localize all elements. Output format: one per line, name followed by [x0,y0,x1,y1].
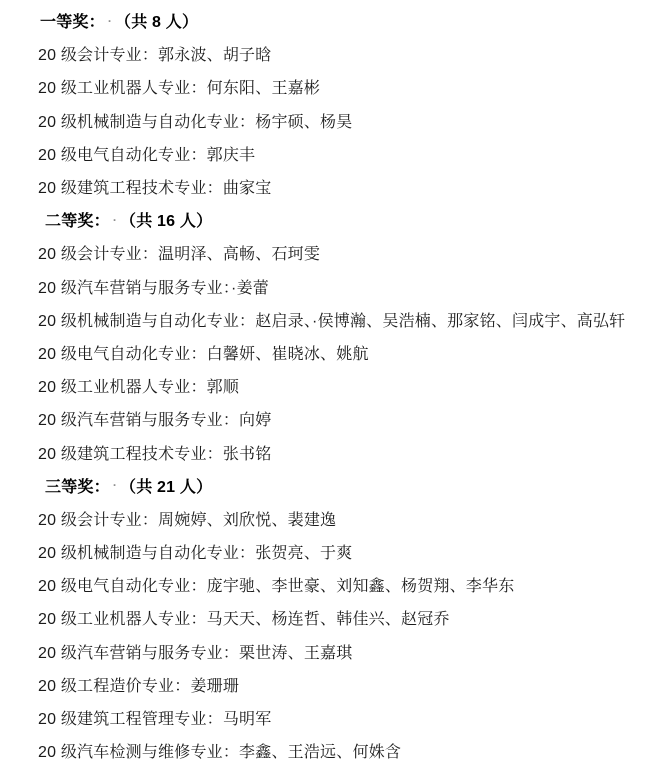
award-line: 20 级工业机器人专业：马天天、杨连哲、韩佳兴、赵冠乔 [38,601,664,634]
document-page: 一等奖：·（共 8 人） 20 级会计专业：郭永波、胡子晗 20 级工业机器人专… [0,0,670,768]
award-line: 20 级汽车营销与服务专业：向婷 [38,402,664,435]
award-line: 20 级工业机器人专业：何东阳、王嘉彬 [38,70,664,103]
space-formatting-mark: · [110,478,120,492]
award-line: 20 级机械制造与自动化专业：杨宇硕、杨昊 [38,104,664,137]
award-section-first-prize: 一等奖：·（共 8 人） 20 级会计专业：郭永波、胡子晗 20 级工业机器人专… [38,4,664,203]
award-line: 20 级建筑工程技术专业：张书铭 [38,435,664,468]
heading-count: （共 8 人） [115,9,198,32]
section-heading-second-prize: 二等奖：·（共 16 人） [38,203,664,236]
award-line: 20 级汽车营销与服务专业：栗世涛、王嘉琪 [38,635,664,668]
heading-count: （共 16 人） [120,208,212,231]
award-section-third-prize: 三等奖：·（共 21 人） 20 级会计专业：周婉婷、刘欣悦、裴建逸 20 级机… [38,469,664,768]
award-line: 20 级电气自动化专业：庞宇驰、李世豪、刘知鑫、杨贺翔、李华东 [38,568,664,601]
award-line: 20 级会计专业：周婉婷、刘欣悦、裴建逸 [38,502,664,535]
heading-title: 二等奖： [45,208,110,231]
section-heading-first-prize: 一等奖：·（共 8 人） [38,4,664,37]
heading-count: （共 21 人） [120,474,212,497]
space-formatting-mark: · [105,14,115,28]
space-formatting-mark: · [110,213,120,227]
award-line: 20 级汽车检测与维修专业：李鑫、王浩远、何姝含 [38,734,664,767]
heading-title: 一等奖： [40,9,105,32]
award-line: 20 级机械制造与自动化专业：赵启录、·侯博瀚、吴浩楠、那家铭、闫成宇、高弘轩 [38,303,664,336]
award-section-second-prize: 二等奖：·（共 16 人） 20 级会计专业：温明泽、高畅、石珂雯 20 级汽车… [38,203,664,469]
section-heading-third-prize: 三等奖：·（共 21 人） [38,469,664,502]
award-line: 20 级会计专业：郭永波、胡子晗 [38,37,664,70]
award-line: 20 级建筑工程管理专业：马明军 [38,701,664,734]
award-line: 20 级机械制造与自动化专业：张贺亮、于爽 [38,535,664,568]
heading-title: 三等奖： [45,474,110,497]
award-line: 20 级会计专业：温明泽、高畅、石珂雯 [38,236,664,269]
award-line: 20 级工程造价专业：姜珊珊 [38,668,664,701]
award-line: 20 级电气自动化专业：郭庆丰 [38,137,664,170]
award-line: 20 级工业机器人专业：郭顺 [38,369,664,402]
award-line: 20 级汽车营销与服务专业：·姜蕾 [38,270,664,303]
award-line: 20 级电气自动化专业：白馨妍、崔晓冰、姚航 [38,336,664,369]
award-line: 20 级建筑工程技术专业：曲家宝 [38,170,664,203]
